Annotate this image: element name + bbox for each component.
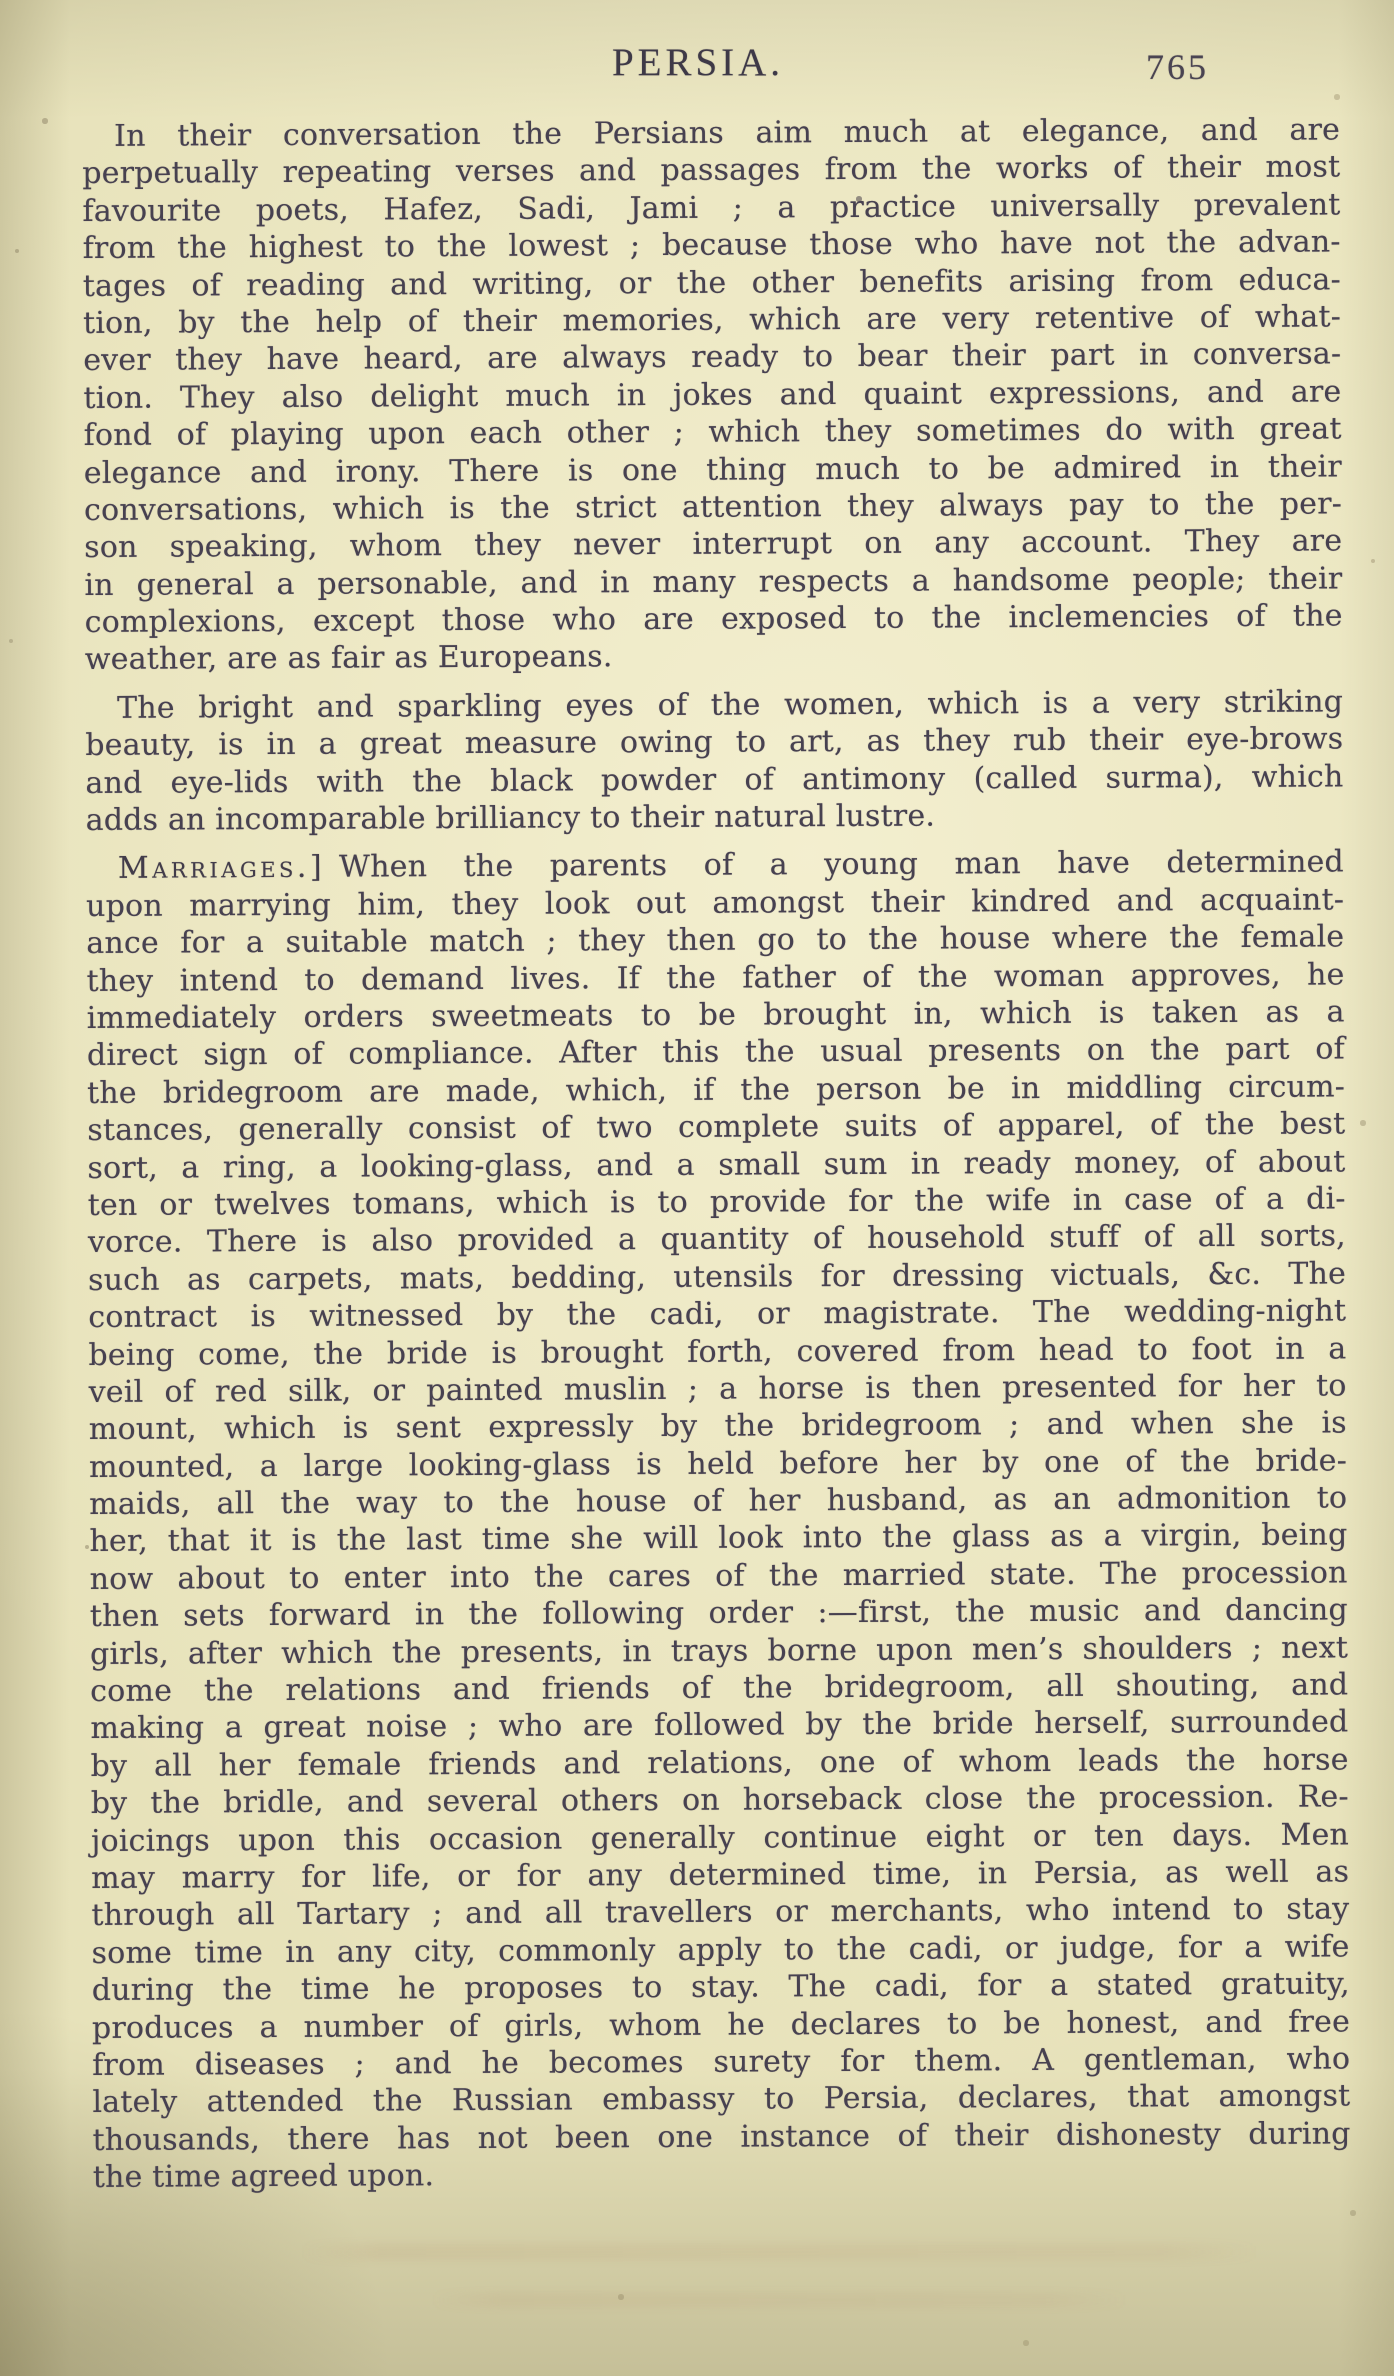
body-line: weather, are as fair as Europeans. xyxy=(85,635,1343,679)
body-line: tion, by the help of their memories, whi… xyxy=(83,298,1341,342)
show-through-ghost xyxy=(430,2292,1130,2308)
body-line: vorce. There is also provided a quantity… xyxy=(88,1218,1346,1262)
body-line: contract is witnessed by the cadi, or ma… xyxy=(88,1293,1346,1337)
body-line: fond of playing upon each other ; which … xyxy=(84,411,1342,455)
section-heading: Marriages.] xyxy=(118,850,325,886)
running-title: PERSIA. xyxy=(598,40,798,85)
body-line: complexions, except those who are expose… xyxy=(85,597,1343,641)
body-line: ance for a suitable match ; they then go… xyxy=(86,919,1344,963)
body-line: lately attended the Russian embassy to P… xyxy=(92,2078,1350,2122)
body-line: by the bridle, and several others on hor… xyxy=(91,1779,1349,1823)
body-line: maids, all the way to the house of her h… xyxy=(89,1479,1347,1523)
body-line: beauty, is in a great measure owing to a… xyxy=(85,721,1343,765)
body-line: the time agreed upon. xyxy=(93,2152,1351,2196)
body-line: perpetually repeating verses and passage… xyxy=(82,149,1340,193)
body-text: In their conversation the Persians aim m… xyxy=(82,111,1351,2196)
body-line: from the highest to the lowest ; because… xyxy=(83,224,1341,268)
body-line: favourite poets, Hafez, Sadi, Jami ; a p… xyxy=(82,186,1340,230)
body-line: through all Tartary ; and all travellers… xyxy=(91,1891,1349,1935)
paragraph: Marriages.]When the parents of a young m… xyxy=(86,844,1351,2197)
body-line: tages of reading and writing, or the oth… xyxy=(83,261,1341,305)
body-line: direct sign of compliance. After this th… xyxy=(87,1031,1345,1075)
body-line: tion. They also delight much in jokes an… xyxy=(83,373,1341,417)
show-through-ghost xyxy=(300,2243,1260,2261)
body-line: thousands, there has not been one instan… xyxy=(92,2115,1350,2159)
page-number: 765 xyxy=(1146,46,1209,88)
body-line: making a great noise ; who are followed … xyxy=(90,1704,1348,1748)
body-line: son speaking, whom they never interrupt … xyxy=(84,523,1342,567)
body-line: In their conversation the Persians aim m… xyxy=(82,111,1340,155)
paragraph: In their conversation the Persians aim m… xyxy=(82,111,1343,678)
body-line: veil of red silk, or painted muslin ; a … xyxy=(89,1367,1347,1411)
body-line: her, that it is the last time she will l… xyxy=(89,1517,1347,1561)
body-line: sort, a ring, a looking-glass, and a sma… xyxy=(87,1143,1345,1187)
body-line: mounted, a large looking-glass is held b… xyxy=(89,1442,1347,1486)
body-line: joicings upon this occasion generally co… xyxy=(91,1816,1349,1860)
paper-specks xyxy=(0,0,2,2)
body-line: during the time he proposes to stay. The… xyxy=(92,1966,1350,2010)
body-line: then sets forward in the following order… xyxy=(90,1592,1348,1636)
body-line: adds an incomparable brilliancy to their… xyxy=(86,795,1344,839)
body-line: stances, generally consist of two comple… xyxy=(87,1106,1345,1150)
body-line: ten or twelves tomans, which is to provi… xyxy=(88,1180,1346,1224)
body-line: being come, the bride is brought forth, … xyxy=(88,1330,1346,1374)
body-line: elegance and irony. There is one thing m… xyxy=(84,448,1342,492)
body-line: produces a number of girls, whom he decl… xyxy=(92,2003,1350,2047)
body-line: and eye-lids with the black powder of an… xyxy=(85,758,1343,802)
body-line: ever they have heard, are always ready t… xyxy=(83,336,1341,380)
body-line: mount, which is sent expressly by the br… xyxy=(89,1405,1347,1449)
book-page-scan: PERSIA. 765 In their conversation the Pe… xyxy=(0,0,1394,2376)
body-line: the bridegroom are made, which, if the p… xyxy=(87,1068,1345,1112)
body-line: Marriages.]When the parents of a young m… xyxy=(86,844,1344,888)
body-line: such as carpets, mats, bedding, utensils… xyxy=(88,1255,1346,1299)
paragraph: The bright and sparkling eyes of the wom… xyxy=(85,683,1344,839)
body-line: now about to enter into the cares of the… xyxy=(90,1554,1348,1598)
